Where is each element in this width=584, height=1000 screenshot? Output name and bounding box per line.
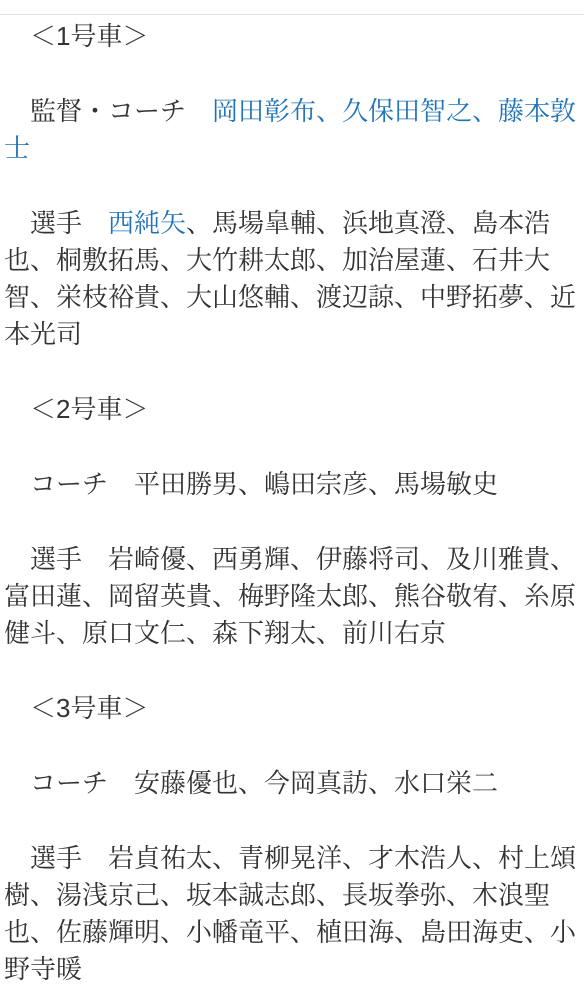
- person-link[interactable]: 久保田智之、: [342, 96, 498, 126]
- text-run: ＜2号車＞: [4, 394, 148, 424]
- car2-coach-paragraph: コーチ 平田勝男、嶋田宗彦、馬場敏史: [4, 466, 580, 503]
- page: ＜1号車＞ 監督・コーチ 岡田彰布、久保田智之、藤本敦士 選手 西純矢、馬場皐輔…: [0, 0, 584, 1000]
- car1-players-paragraph: 選手 西純矢、馬場皐輔、浜地真澄、島本浩也、桐敷拓馬、大竹耕太郎、加治屋蓮、石井…: [4, 205, 580, 353]
- text-run: 選手 岩崎優、西勇輝、伊藤将司、及川雅貴、富田蓮、岡留英貴、梅野隆太郎、熊谷敬宥…: [4, 544, 576, 648]
- car3-coach-paragraph: コーチ 安藤優也、今岡真訪、水口栄二: [4, 765, 580, 802]
- text-run: コーチ 平田勝男、嶋田宗彦、馬場敏史: [4, 469, 498, 499]
- top-divider: [0, 0, 584, 15]
- text-run: 監督・コーチ: [4, 96, 212, 126]
- text-run: ＜3号車＞: [4, 693, 148, 723]
- car3-heading: ＜3号車＞: [4, 690, 580, 727]
- car2-heading: ＜2号車＞: [4, 391, 580, 428]
- car1-manager-coach-paragraph: 監督・コーチ 岡田彰布、久保田智之、藤本敦士: [4, 93, 580, 167]
- article-body: ＜1号車＞ 監督・コーチ 岡田彰布、久保田智之、藤本敦士 選手 西純矢、馬場皐輔…: [0, 15, 584, 988]
- text-run: 選手: [4, 208, 108, 238]
- text-run: 選手 岩貞祐太、青柳晃洋、才木浩人、村上頌樹、湯浅京己、坂本誠志郎、長坂拳弥、木…: [4, 843, 576, 984]
- person-link[interactable]: 岡田彰布、: [212, 96, 342, 126]
- car1-heading: ＜1号車＞: [4, 18, 580, 55]
- person-link[interactable]: 西純矢: [108, 208, 186, 238]
- car2-players-paragraph: 選手 岩崎優、西勇輝、伊藤将司、及川雅貴、富田蓮、岡留英貴、梅野隆太郎、熊谷敬宥…: [4, 541, 580, 652]
- text-run: ＜1号車＞: [4, 21, 148, 51]
- car3-players-paragraph: 選手 岩貞祐太、青柳晃洋、才木浩人、村上頌樹、湯浅京己、坂本誠志郎、長坂拳弥、木…: [4, 840, 580, 988]
- text-run: コーチ 安藤優也、今岡真訪、水口栄二: [4, 768, 498, 798]
